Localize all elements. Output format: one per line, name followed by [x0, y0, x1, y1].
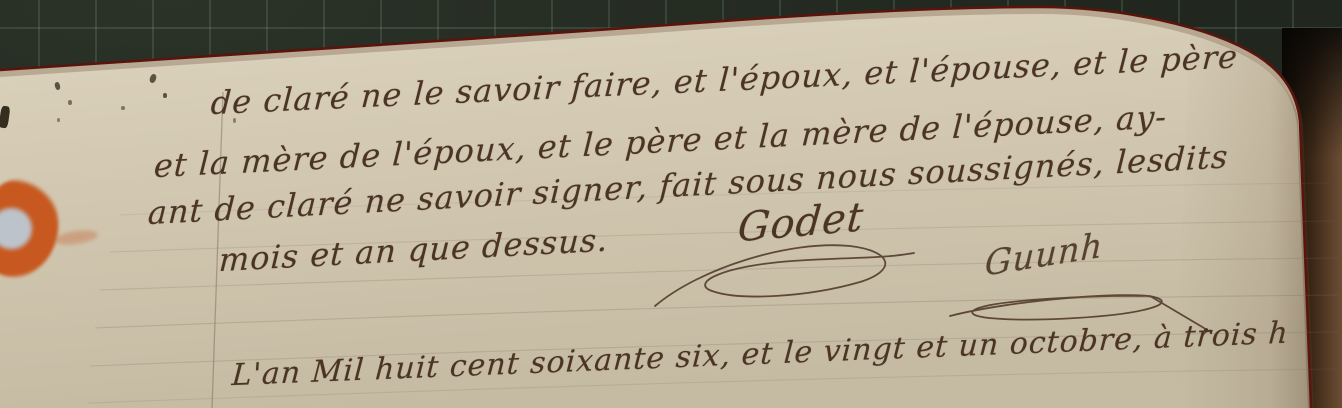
signature-godet: Godet — [736, 194, 866, 252]
register-page-photograph: de claré ne le savoir faire, et l'époux,… — [0, 0, 1342, 408]
manuscript-line-4: mois et an que dessus. — [218, 221, 609, 280]
signature-illegible: Guunh — [984, 225, 1104, 285]
date-line: L'an Mil huit cent soixante six, et le v… — [231, 316, 1290, 394]
godet-flourish — [655, 245, 914, 306]
handwriting-layer: de claré ne le savoir faire, et l'époux,… — [0, 0, 1342, 408]
